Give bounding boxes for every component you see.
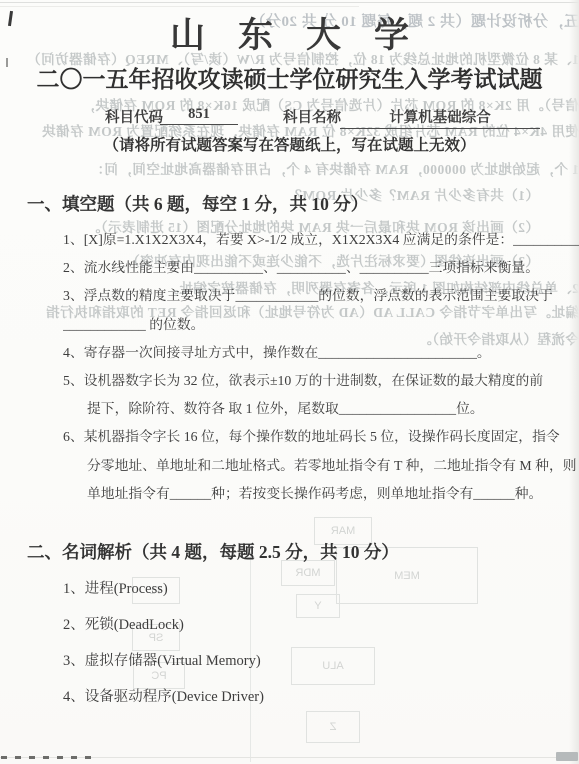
fill-blank-questions: 1、[X]原=1.X1X2X3X4，若要 X>-1/2 成立，X1X2X3X4 …	[63, 226, 579, 508]
question-line: 3、浮点数的精度主要取决于____________的位数，浮点数的表示范围主要取…	[63, 282, 579, 310]
scan-artifact	[0, 2, 579, 3]
question-line: 4、寄存器一次间接寻址方式中，操作数在_____________________…	[63, 339, 579, 367]
term-item: 1、进程(Process)	[63, 571, 579, 607]
bleedthrough-text: 1 个，起始地址为 000000，RAM 存储块有 4 个，占用存储器高地址空间…	[90, 158, 579, 178]
term-item: 2、死锁(DeadLock)	[63, 607, 579, 643]
question-line: 2、流水线性能主要由__________、__________、________…	[63, 254, 579, 282]
question-line: 5、设机器数字长为 32 位，欲表示±10 万的十进制数，在保证数的最大精度的前	[63, 367, 579, 395]
term-list: 1、进程(Process) 2、死锁(DeadLock) 3、虚拟存储器(Vir…	[63, 571, 579, 715]
question-line: 提下，除阶符、数符各 取 1 位外，尾数取_________________位。	[63, 395, 579, 423]
question-line: ____________ 的位数。	[63, 311, 579, 339]
question-line: 6、某机器指令字长 16 位，每个操作数的地址码长 5 位，设操作码长度固定，指…	[63, 423, 579, 451]
university-title-row: 山东大学	[0, 8, 579, 58]
exam-title-row: 二〇一五年招收攻读硕士学位研究生入学考试试题	[0, 61, 579, 94]
subject-code-label: 科目代码	[105, 106, 163, 127]
question-line: 分零地址、单地址和二地址格式。若零地址指令有 T 种，二地址指令有 M 种，则	[63, 452, 579, 480]
university-title: 山东大学	[170, 8, 442, 58]
exam-title: 二〇一五年招收攻读硕士学位研究生入学考试试题	[37, 61, 543, 94]
question-line: 1、[X]原=1.X1X2X3X4，若要 X>-1/2 成立，X1X2X3X4 …	[63, 226, 579, 254]
scan-artifact	[556, 752, 578, 761]
subject-name-value: 计算机基础综合	[340, 106, 540, 129]
scan-artifact	[0, 6, 359, 7]
term-item: 3、虚拟存储器(Virtual Memory)	[63, 643, 579, 679]
exam-notice: （请将所有试题答案写在答题纸上，写在试题上无效）	[0, 133, 579, 155]
section1-heading: 一、填空题（共 6 题，每空 1 分，共 10 分）	[27, 191, 368, 216]
scan-artifact	[1, 756, 96, 759]
section2-heading: 二、名词解析（共 4 题，每题 2.5 分，共 10 分）	[27, 539, 399, 564]
subject-code-value: 851	[160, 106, 238, 125]
scanned-exam-page: 五，分析设计题（共 2 题，每题 10 分 共 20分） 1、某 8 位微型机的…	[0, 0, 579, 764]
bleedthrough-box: Z	[306, 711, 360, 743]
term-item: 4、设备驱动程序(Device Driver)	[63, 679, 579, 715]
question-line: 单地址指令有______种；若按变长操作码考虑，则单地址指令有______种。	[63, 480, 579, 508]
subject-row: 科目代码 851 科目名称 计算机基础综合	[0, 104, 579, 128]
subject-name-label: 科目名称	[283, 106, 341, 127]
